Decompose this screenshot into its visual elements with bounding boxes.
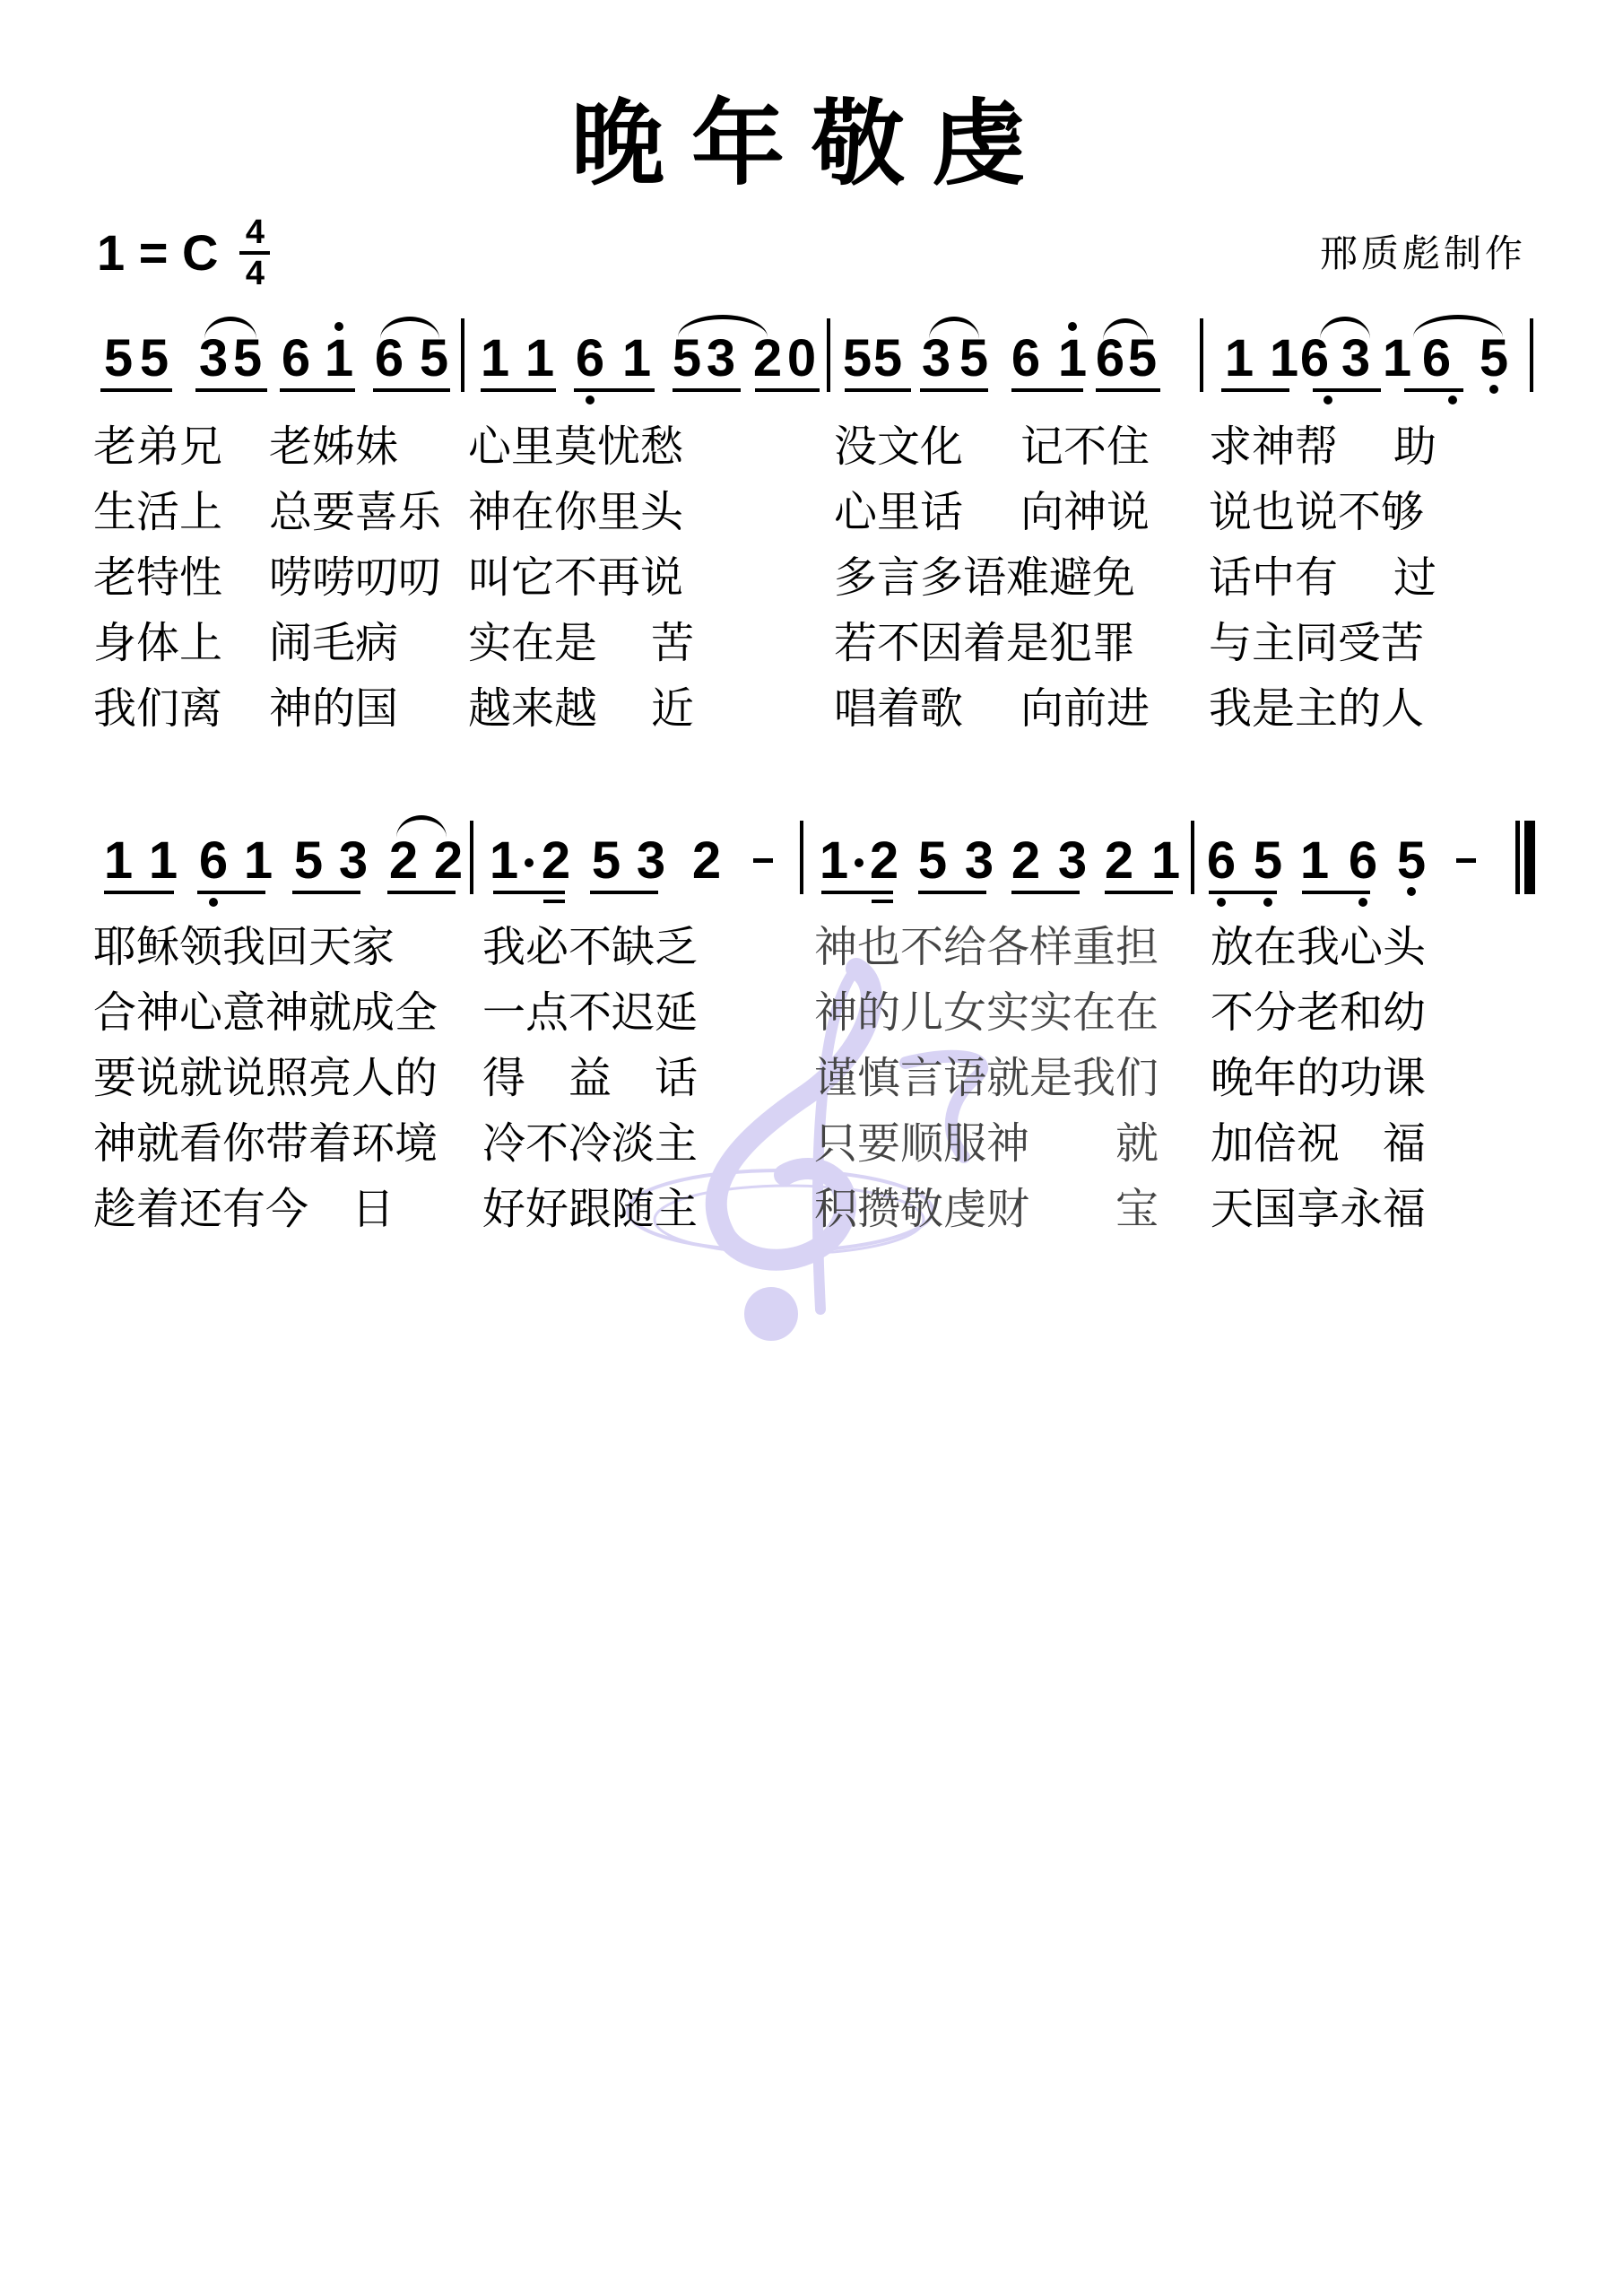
underline (280, 388, 355, 392)
lyric-segment: 得 益 话 (482, 1046, 698, 1111)
notation-line-2: 1 1 6 1 5 3 2 2 1 2 5 3 2 1 2 5 3 2 3 2 … (90, 812, 1560, 919)
lyric-segment: 趁着还有今 日 (93, 1177, 395, 1242)
octave-dot-low (209, 898, 218, 907)
lyric-verse-5: 趁着还有今 日 好好跟随主 积攒敬虔财 宝 天国享永福 (93, 1177, 1546, 1242)
barline (461, 318, 464, 392)
note: 5 (870, 333, 906, 385)
lyric-segment: 神也不给各样重担 (814, 915, 1159, 980)
barline (1191, 821, 1194, 894)
note: 1 (100, 835, 136, 887)
lyric-segment: 神的儿女实实在在 (814, 980, 1159, 1046)
lyric-segment: 没文化 (834, 414, 963, 480)
lyric-segment: 唱着歌 (834, 676, 963, 742)
note: 5 (100, 333, 136, 385)
octave-dot-low (1324, 396, 1332, 404)
note: 2 (1101, 835, 1137, 887)
lyric-segment: 生活上 (93, 480, 222, 545)
lyric-verse-4: 身体上 闹毛病 实在是 苦 若不因着是犯罪 与主同受苦 (93, 611, 1546, 676)
lyric-segment: 与主同受苦 (1209, 611, 1424, 676)
lyric-segment: 唠唠叨叨 (269, 545, 441, 611)
slur (1320, 317, 1370, 339)
underline (1221, 388, 1289, 392)
note: 3 (918, 333, 954, 385)
note: 3 (961, 835, 997, 887)
lyric-segment: 冷不冷淡主 (482, 1111, 698, 1177)
lyric-segment: 我是主的人 (1209, 676, 1424, 742)
note: 1 (321, 333, 357, 385)
time-sig-bottom: 4 (246, 257, 265, 291)
note: 5 (1476, 333, 1512, 385)
final-barline-thin (1515, 821, 1520, 894)
lyric-segment: 近 (651, 676, 694, 742)
underline (574, 388, 655, 392)
note: 1 (1055, 333, 1090, 385)
note: 2 (689, 835, 725, 887)
lyric-verse-3: 要说就说照亮人的 得 益 话 谨慎言语就是我们 晚年的功课 (93, 1046, 1546, 1111)
lyrics-block-2: 耶稣领我回天家 我必不缺乏 神也不给各样重担 放在我心头 合神心意神就成全 一点… (93, 915, 1546, 1242)
note: 2 (750, 333, 785, 385)
note: 1 (619, 333, 655, 385)
note: 1 (1297, 835, 1332, 887)
note: 2 (430, 835, 466, 887)
lyric-segment: 苦 (651, 611, 694, 676)
lyric-segment: 助 (1393, 414, 1436, 480)
underline (590, 891, 658, 894)
lyric-segment: 天国享永福 (1211, 1177, 1426, 1242)
lyric-segment: 叫它不再说 (468, 545, 683, 611)
octave-dot-low (1448, 396, 1457, 404)
sustain-dash (1456, 858, 1476, 863)
lyric-segment: 过 (1393, 545, 1436, 611)
slur (396, 815, 447, 838)
note: 6 (572, 333, 608, 385)
lyric-segment: 耶稣领我回天家 (93, 915, 395, 980)
note: 3 (1338, 333, 1374, 385)
note: 1 (1148, 835, 1184, 887)
lyric-segment: 晚年的功课 (1211, 1046, 1426, 1111)
note: 5 (588, 835, 624, 887)
octave-dot-low (1217, 898, 1226, 907)
lyric-verse-1: 耶稣领我回天家 我必不缺乏 神也不给各样重担 放在我心头 (93, 915, 1546, 980)
lyric-segment: 越来越 (468, 676, 597, 742)
lyric-verse-5: 我们离 神的国 越来越 近 唱着歌 向前进 我是主的人 (93, 676, 1546, 742)
lyric-segment: 求神帮 (1209, 414, 1338, 480)
lyrics-block-1: 老弟兄 老姊妹 心里莫忧愁 没文化 记不住 求神帮 助 生活上 总要喜乐 神在你… (93, 414, 1546, 742)
lyric-segment: 向前进 (1020, 676, 1150, 742)
double-underline (872, 900, 893, 903)
lyric-segment: 一点不迟延 (482, 980, 698, 1046)
underline (100, 388, 172, 392)
lyric-segment: 我必不缺乏 (482, 915, 698, 980)
underline (387, 891, 456, 894)
sustain-dash (753, 858, 773, 863)
barline (1530, 318, 1533, 392)
underline (1313, 388, 1381, 392)
underline (197, 891, 265, 894)
note: 1 (477, 333, 513, 385)
lyric-segment: 谨慎言语就是我们 (814, 1046, 1159, 1111)
underline (195, 388, 267, 392)
lyric-segment: 向神说 (1020, 480, 1150, 545)
note: 3 (633, 835, 669, 887)
lyric-segment: 总要喜乐 (269, 480, 441, 545)
lyric-segment: 记不住 (1020, 414, 1150, 480)
octave-dot-low (1407, 887, 1416, 896)
note: 6 (1203, 835, 1239, 887)
underline (821, 891, 893, 894)
underline (845, 388, 911, 392)
lyric-segment: 身体上 (93, 611, 222, 676)
note: 2 (386, 835, 421, 887)
note: 6 (371, 333, 407, 385)
lyric-segment: 话中有 (1209, 545, 1338, 611)
note: 2 (1008, 835, 1044, 887)
slur (929, 317, 979, 339)
note: 5 (956, 333, 992, 385)
underline (1105, 891, 1173, 894)
underline (918, 891, 986, 894)
note: 5 (1393, 835, 1429, 887)
slur (204, 317, 256, 339)
lyric-verse-4: 神就看你带着环境 冷不冷淡主 只要顺服神 就 加倍祝 福 (93, 1111, 1546, 1177)
slur (678, 315, 768, 337)
lyric-segment: 若不因着是犯罪 (834, 611, 1135, 676)
underline (373, 388, 450, 392)
underline (1404, 388, 1463, 392)
note: 1 (240, 835, 276, 887)
note: 6 (278, 333, 314, 385)
time-sig-top: 4 (246, 215, 265, 249)
note: 6 (195, 835, 231, 887)
key-label: 1 = C (97, 228, 218, 278)
lyric-segment: 好好跟随主 (482, 1177, 698, 1242)
underline (493, 891, 565, 894)
note: 5 (416, 333, 452, 385)
lyric-segment: 要说就说照亮人的 (93, 1046, 438, 1111)
note: 5 (291, 835, 326, 887)
barline (1200, 318, 1203, 392)
lyric-segment: 积攒敬虔财 宝 (814, 1177, 1159, 1242)
lyric-segment: 闹毛病 (269, 611, 398, 676)
lyric-verse-1: 老弟兄 老姊妹 心里莫忧愁 没文化 记不住 求神帮 助 (93, 414, 1546, 480)
lyric-segment: 老姊妹 (269, 414, 398, 480)
note: 5 (1250, 835, 1286, 887)
time-signature: 4 4 (239, 215, 270, 291)
note: 3 (1055, 835, 1090, 887)
underline (755, 388, 820, 392)
underline (1011, 388, 1083, 392)
note: 6 (1419, 333, 1454, 385)
key-signature: 1 = C 4 4 (97, 215, 270, 291)
octave-dot-low (1489, 385, 1498, 394)
note: 5 (915, 835, 950, 887)
lyric-verse-3: 老特性 唠唠叨叨 叫它不再说 多言多语难避免 话中有 过 (93, 545, 1546, 611)
note: 1 (816, 835, 852, 887)
lyric-segment: 神在你里头 (468, 480, 683, 545)
lyric-segment: 老特性 (93, 545, 222, 611)
lyric-segment: 实在是 (468, 611, 597, 676)
note: 3 (335, 835, 371, 887)
note: 2 (866, 835, 902, 887)
lyric-segment: 多言多语难避免 (834, 545, 1135, 611)
underline (1011, 891, 1080, 894)
notation-line-1: 5 5 3 5 6 1 6 5 1 1 6 1 5 3 2 0 5 5 3 5 … (90, 309, 1560, 417)
underline (1302, 891, 1370, 894)
lyric-segment: 神就看你带着环境 (93, 1111, 438, 1177)
song-title: 晚年敬虔 (0, 97, 1623, 190)
slur (1413, 315, 1503, 337)
lyric-segment: 我们离 (93, 676, 222, 742)
note: 5 (669, 333, 705, 385)
octave-dot-high (334, 322, 343, 331)
note: 6 (1297, 333, 1332, 385)
lyric-segment: 心里话 (834, 480, 963, 545)
note: 1 (145, 835, 181, 887)
note: 3 (703, 333, 739, 385)
note: 3 (195, 333, 231, 385)
dot-extension (525, 858, 534, 867)
lyric-segment: 合神心意神就成全 (93, 980, 438, 1046)
lyric-segment: 神的国 (269, 676, 398, 742)
barline (800, 821, 803, 894)
note: 2 (538, 835, 574, 887)
octave-dot-low (1358, 898, 1367, 907)
underline (1096, 388, 1160, 392)
lyric-segment: 不分老和幼 (1211, 980, 1426, 1046)
lyric-verse-2: 生活上 总要喜乐 神在你里头 心里话 向神说 说也说不够 (93, 480, 1546, 545)
note: 5 (136, 333, 172, 385)
underline (920, 388, 988, 392)
note: 1 (486, 835, 522, 887)
lyric-segment: 老弟兄 (93, 414, 222, 480)
note: 0 (784, 333, 820, 385)
note: 1 (1221, 333, 1257, 385)
lyric-segment: 说也说不够 (1209, 480, 1424, 545)
lyric-segment: 放在我心头 (1211, 915, 1426, 980)
lyric-segment: 心里莫忧愁 (468, 414, 683, 480)
lyric-verse-2: 合神心意神就成全 一点不迟延 神的儿女实实在在 不分老和幼 (93, 980, 1546, 1046)
author-credit: 邢质彪制作 (1320, 224, 1526, 278)
octave-dot-low (586, 396, 595, 404)
note: 1 (522, 333, 558, 385)
slur (380, 317, 439, 339)
octave-dot-low (1263, 898, 1272, 907)
slur (1103, 318, 1148, 341)
note: 6 (1008, 333, 1044, 385)
underline (481, 388, 556, 392)
underline (1209, 891, 1277, 894)
octave-dot-high (1068, 322, 1077, 331)
barline (470, 821, 473, 894)
lyric-segment: 加倍祝 福 (1211, 1111, 1426, 1177)
underline (292, 891, 360, 894)
note: 6 (1345, 835, 1381, 887)
underline (104, 891, 174, 894)
lyric-segment: 只要顺服神 就 (814, 1111, 1159, 1177)
barline (827, 318, 830, 392)
dot-extension (855, 858, 864, 867)
underline (673, 388, 741, 392)
double-underline (543, 900, 565, 903)
note: 1 (1379, 333, 1415, 385)
final-barline-thick (1524, 821, 1535, 894)
note: 5 (230, 333, 265, 385)
